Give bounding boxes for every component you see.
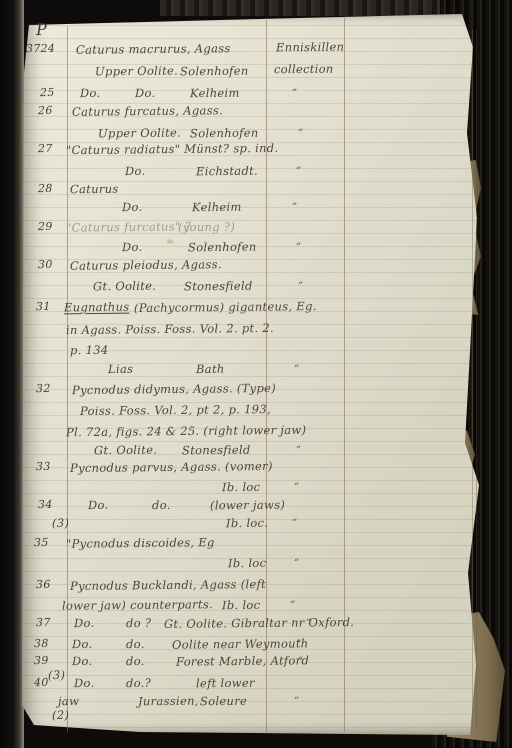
- ditto-mark: ”: [296, 166, 302, 177]
- ditto-mark: ”: [298, 128, 304, 139]
- handwriting-text: Stonesfield: [184, 279, 253, 294]
- handwriting-text: Oolite near Weymouth: [172, 636, 309, 651]
- entry-number: 37: [36, 616, 51, 629]
- handwriting-text: left lower: [196, 676, 255, 691]
- ditto-mark: ”: [290, 600, 296, 611]
- handwriting-text: Do.: [122, 200, 143, 214]
- handwriting-text: Pl. 72a, figs. 24 & 25. (right lower jaw…: [66, 423, 306, 440]
- handwriting-layer: P 3724Caturus macrurus, AgassEnniskillen…: [0, 0, 512, 748]
- handwriting-text: Do.: [80, 86, 101, 100]
- handwriting-text: Upper Oolite.: [95, 64, 178, 79]
- handwriting-text: (lower jaws): [210, 498, 285, 513]
- handwriting-text: (Pachycormus) giganteus, Eg.: [134, 299, 317, 315]
- entry-number: 30: [38, 258, 53, 271]
- handwriting-text: Do.: [72, 654, 93, 668]
- handwriting-text: Pycnodus Bucklandi, Agass (left: [70, 577, 266, 593]
- handwriting-text: Do.: [74, 676, 95, 690]
- entry-number: 38: [34, 637, 49, 650]
- ditto-mark: ”: [298, 281, 304, 292]
- handwriting-text: Kelheim: [190, 86, 240, 101]
- handwriting-text: Solenhofen: [188, 240, 257, 255]
- handwriting-text: (3): [48, 668, 65, 682]
- handwriting-text: Solenhofen: [190, 126, 259, 141]
- handwriting-text: Caturus: [70, 182, 119, 197]
- ditto-mark: ”: [292, 88, 298, 99]
- handwriting-text: Forest Marble, Atford: [176, 653, 309, 668]
- handwriting-text: Eichstadt.: [196, 164, 258, 179]
- handwriting-text: do.: [126, 654, 145, 668]
- handwriting-text: Enniskillen: [276, 40, 344, 55]
- handwriting-text: Solenhofen: [180, 64, 249, 79]
- handwriting-text: Caturus macrurus, Agass: [76, 41, 231, 57]
- handwriting-text: "Caturus furcatus" ?: [66, 219, 191, 234]
- handwriting-text: Ib. loc: [222, 598, 261, 612]
- handwriting-text: Do.: [88, 498, 109, 512]
- handwriting-text: (3): [52, 516, 69, 530]
- handwriting-text: Do.: [122, 240, 143, 254]
- entry-number: 26: [38, 104, 53, 117]
- handwriting-text: collection: [274, 62, 334, 77]
- handwriting-text: lower jaw) counterparts.: [62, 597, 213, 613]
- handwriting-text: Do.: [72, 637, 93, 651]
- handwriting-text: do.: [152, 498, 171, 512]
- ditto-mark: ”: [294, 696, 300, 707]
- handwriting-text: Gt. Oolite.: [93, 279, 156, 294]
- handwriting-text: Ib. loc: [222, 480, 261, 494]
- handwriting-text: jaw: [58, 694, 79, 708]
- handwriting-text: Pycnodus parvus, Agass. (vomer): [70, 459, 273, 475]
- handwriting-text: Do.: [74, 616, 95, 630]
- entry-number: 40: [34, 676, 49, 689]
- ditto-mark: ”: [292, 202, 298, 213]
- handwriting-text: "Caturus radiatus" Münst? sp. ind.: [66, 141, 279, 157]
- handwriting-text: Upper Oolite.: [98, 126, 181, 141]
- entry-number: 31: [36, 300, 51, 313]
- handwriting-text: (young ?): [178, 220, 235, 235]
- handwriting-text: p. 134: [70, 343, 109, 357]
- handwriting-text: do.?: [126, 676, 151, 690]
- handwriting-text: Ib. loc: [228, 556, 267, 570]
- ditto-mark: ”: [294, 558, 300, 569]
- ditto-mark: ”: [294, 364, 300, 375]
- ditto-mark: ”: [306, 618, 312, 629]
- handwriting-text: do ?: [126, 616, 151, 630]
- handwriting-text: Gt. Oolite.: [94, 443, 157, 458]
- entry-number: 28: [38, 182, 53, 195]
- handwriting-text: in Agass. Poiss. Foss. Vol. 2. pt. 2.: [66, 321, 274, 337]
- entry-number: 29: [38, 220, 53, 233]
- handwriting-text: (2): [52, 708, 69, 722]
- handwriting-text: Poiss. Foss. Vol. 2, pt 2, p. 193,: [80, 402, 271, 418]
- ditto-mark: ”: [296, 639, 302, 650]
- ditto-mark: ”: [298, 656, 304, 667]
- entry-number: 27: [38, 142, 53, 155]
- handwriting-text: Caturus furcatus, Agass.: [72, 103, 223, 119]
- ditto-mark: ”: [292, 518, 298, 529]
- handwriting-text: Jurassien,: [138, 694, 199, 709]
- entry-number: 32: [36, 382, 51, 395]
- handwriting-text: "Pycnodus discoides, Eg: [66, 535, 215, 551]
- handwriting-text: Soleure: [200, 694, 247, 708]
- entry-number: 34: [38, 498, 53, 511]
- handwriting-text: Gt. Oolite. Gibraltar nr Oxford.: [164, 615, 354, 631]
- ditto-mark: ”: [296, 445, 302, 456]
- ditto-mark: ”: [294, 482, 300, 493]
- entry-number: 39: [34, 654, 49, 667]
- handwriting-text: Eugnathus: [64, 300, 130, 315]
- register-photo: P 3724Caturus macrurus, AgassEnniskillen…: [0, 0, 512, 748]
- entry-number: 25: [40, 86, 55, 99]
- entry-number: 3724: [26, 42, 55, 55]
- handwriting-text: do.: [126, 637, 145, 651]
- ditto-mark: ”: [296, 242, 302, 253]
- handwriting-text: Pycnodus didymus, Agass. (Type): [72, 381, 276, 397]
- handwriting-text: Stonesfield: [182, 443, 251, 458]
- handwriting-text: Do.: [125, 164, 146, 178]
- handwriting-text: Kelheim: [192, 200, 242, 215]
- entry-number: 36: [36, 578, 51, 591]
- page-index-letter: P: [36, 20, 47, 39]
- handwriting-text: Caturus pleiodus, Agass.: [70, 257, 222, 273]
- entry-number: 35: [34, 536, 49, 549]
- handwriting-text: Do.: [135, 86, 156, 100]
- entry-number: 33: [36, 460, 51, 473]
- handwriting-text: Lias: [108, 362, 133, 376]
- handwriting-text: Bath: [196, 362, 225, 376]
- handwriting-text: Ib. loc.: [226, 516, 268, 530]
